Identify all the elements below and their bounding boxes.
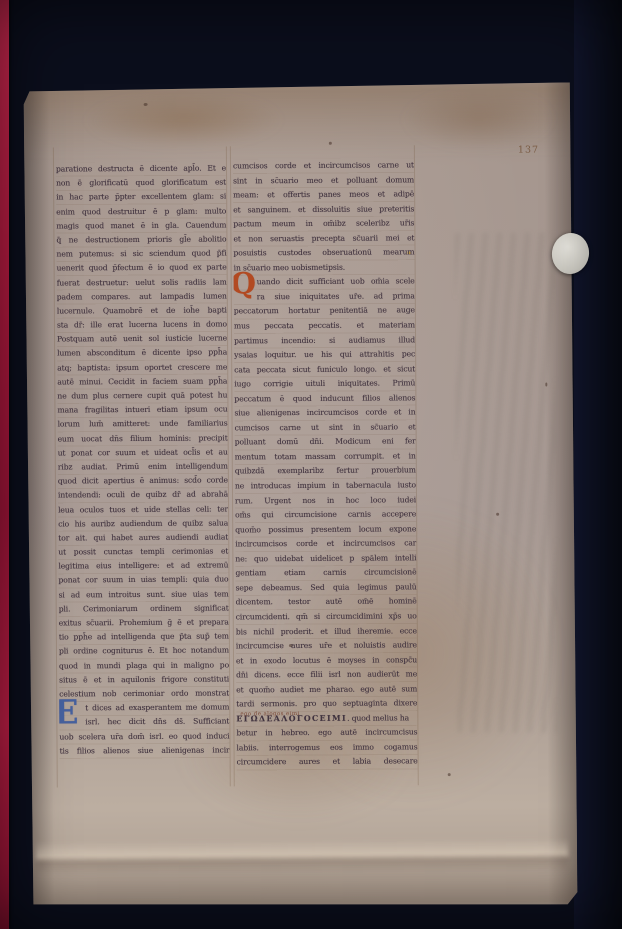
page-curl-shadow xyxy=(36,856,568,875)
text-line: intendendi: oculi de quibz dr̄ ad abrahā xyxy=(58,488,228,503)
text-line: peccatum ē quod inducunt filios alienos xyxy=(234,391,415,407)
text-line: cumcisos carne ut sint in sc̄uario et xyxy=(235,420,416,436)
stain xyxy=(28,862,577,907)
text-line: Postquam autē uenit sol iusticie lucerne xyxy=(57,332,227,347)
text-line: padem compares. aut lampadis lumen xyxy=(57,289,227,304)
text-line: dn̄i dicens. ecce filii isrl non audierū… xyxy=(236,667,417,683)
text-line: uando dicit sufficiant uob om̄ia scele xyxy=(234,275,415,291)
text-line: ut ponat cor suum et uideat ocl̄is et au xyxy=(58,445,228,460)
text-line: cio his auribz audiendum de quibz salua xyxy=(58,516,228,531)
film-edge-strip xyxy=(0,0,9,929)
text-line: uenerit quod p̄fectum ē io quod ex parte xyxy=(57,261,227,276)
text-line: q̄ ne destructionem prioris gl̄e aboliti… xyxy=(56,232,226,247)
text-line: sepe debeamus. Sed quia legimus paulū xyxy=(236,580,417,596)
text-line: ribz audiat. Primū enim intelligendum xyxy=(58,459,228,474)
speck xyxy=(496,513,499,516)
text-line: cata peccata sicut funiculo longo. et si… xyxy=(234,362,415,378)
text-line: partimus incendio: si audiamus illud xyxy=(234,333,415,349)
text-line: posuistis custodes obseruationū mearum xyxy=(233,246,414,262)
text-line: ego de alogos eimiΕΓΩΔΕΑΛΟΓΟϹΕΙΜΙ. quod … xyxy=(236,711,417,727)
text-line: in sc̄uario meo uobismetipsis. xyxy=(234,260,415,276)
text-line: betur in hebreo. ego autē incircumcisus xyxy=(236,726,417,742)
text-line: atq; baptista: ipsum oportet crescere me xyxy=(57,360,227,375)
text-line: quom̄o possimus presentem locum expone xyxy=(235,522,416,538)
text-line: non ē glorificatū quod glorificatum est xyxy=(56,176,226,191)
text-line: enim quod destruitur ē p glam: multo xyxy=(56,204,226,219)
text-line: gentiam etiam carnis circumcisionē xyxy=(235,566,416,582)
text-line: dicentem. testor autē om̄ē hominē xyxy=(236,595,417,611)
text-line: ponat cor suum in uias templi: quia duo xyxy=(58,573,228,588)
text-line: isrl. hec dicit dn̄s ds̄. Sufficiant xyxy=(59,715,229,730)
text-line: pli ordine cogniturus ē. Et hoc notandum xyxy=(59,644,229,659)
gutter-shadow xyxy=(23,86,54,908)
manuscript-page: 137 Ne E paratione destructa ē dicente a… xyxy=(23,82,577,907)
text-line: mus peccata peccatis. et materiam xyxy=(234,318,415,334)
speck xyxy=(545,382,547,386)
stain xyxy=(23,82,572,157)
text-line: celestium nob cerimoniar ordo monstrat xyxy=(59,686,229,701)
text-line: tor ait. qui habet aures audiendi audiat xyxy=(58,530,228,545)
text-line: lucernule. Quamobrē et de ioh̄e bapti xyxy=(57,303,227,318)
text-line: om̄s qui circumcisione carnis accepere xyxy=(235,507,416,523)
text-line: ne introducas impium in tabernacula iust… xyxy=(235,478,416,494)
text-line: magis quod manet ē in gla. Cauendum xyxy=(56,218,226,233)
text-line: nem putemus: si sic sciendum quod p̄fi xyxy=(56,247,226,262)
text-line: ne dum plus cernere cupit quā potest hu xyxy=(57,388,227,403)
text-line: tis filios alienos siue alienigenas inci… xyxy=(60,743,230,758)
speck xyxy=(448,773,451,776)
text-line: circumcidenti. qm̄ si circumcidimini xp̄… xyxy=(236,609,417,625)
text-line: ne: quo uidebat uidelicet p spālem intel… xyxy=(235,551,416,567)
text-line: siue alienigenas incircumcisos corde et … xyxy=(234,406,415,422)
text-line: labiis. interrogemus eos immo cogamus xyxy=(237,740,418,756)
interlinear-gloss: ego de alogos eimi xyxy=(240,708,299,722)
text-line: peccatorum hortatur penitentiā ne auge xyxy=(234,304,415,320)
text-line: sta dr̄: ille erat lucerna lucens in dom… xyxy=(57,318,227,333)
text-line: quod dicit apertius ē animus: scd̄o cord… xyxy=(58,474,228,489)
stain xyxy=(454,232,557,733)
text-line: lumen absconditum ē dicente ipso pph̄a xyxy=(57,346,227,361)
text-line: sint in sc̄uario meo et polluant domum xyxy=(233,173,414,189)
text-line: si ad eum introitus sunt. siue uias tem xyxy=(59,587,229,602)
text-line: ysaias loquitur. ue his qui attrahitis p… xyxy=(234,347,415,363)
text-line: situs ē et in aquilonis frigore constitu… xyxy=(59,672,229,687)
text-line: polluant domū dn̄i. Modicum eni fer xyxy=(235,435,416,451)
text-line: paratione destructa ē dicente apl̄o. Et … xyxy=(56,161,226,176)
text-line: et quom̄o audiet me pharao. ego autē sum xyxy=(236,682,417,698)
text-line: iugo corrigie uituli iniquitates. Primū xyxy=(234,376,415,392)
slide-mount xyxy=(574,0,622,929)
text-line: legitima eius intelligere: et ad extremū xyxy=(58,559,228,574)
text-column-left: Ne E paratione destructa ē dicente apl̄o… xyxy=(56,161,230,762)
text-line: incircumcisos corde et incircumcisos car xyxy=(235,537,416,553)
text-line: tio pph̄e ad intelligenda que p̄ta sup̄ … xyxy=(59,630,229,645)
text-line: mana fragilitas intueri etiam ipsum ocu xyxy=(57,403,227,418)
stain xyxy=(404,88,554,149)
stain xyxy=(84,92,284,148)
text-line: bis nichil proderit. et illud iheremie. … xyxy=(236,624,417,640)
text-line: meam: et offertis panes meos et adipē xyxy=(233,187,414,203)
page-curl-highlight xyxy=(36,838,568,859)
speck xyxy=(144,103,148,106)
text-line: rum. Urgent nos in hoc loco iudei xyxy=(235,493,416,509)
text-line: quod in mundi plaga qui in maligno po xyxy=(59,658,229,673)
text-line: leua oculos tuos et uide stellas celi: t… xyxy=(58,502,228,517)
text-line: pli. Cerimoniarum ordinem significat xyxy=(59,601,229,616)
folio-number: 137 xyxy=(518,145,539,156)
text-line: et non seruastis precepta sc̄uarii mei e… xyxy=(233,231,414,247)
text-line: in hac parte p̄pter excellentem glam: si xyxy=(56,190,226,205)
text-line: exitus sc̄uarii. Prohemium ḡ ē et prepar… xyxy=(59,615,229,630)
text-column-right: ·/ Q cumcisos corde et incircumcisos car… xyxy=(233,158,418,775)
text-line: ut possit cunctas templi cerimonias et xyxy=(58,545,228,560)
text-line: uob scelera ur̄a dom̄ isrl. eo quod indu… xyxy=(59,729,229,744)
text-line: lorum lum̄ amitteret: unde familiarius xyxy=(58,417,228,432)
text-line: quibzdā exemplaribz fertur prouerbium xyxy=(235,464,416,480)
text-line: eum uocat dn̄s filium hominis: precipit xyxy=(58,431,228,446)
text-line: circumcidere aures et labia desecare xyxy=(237,755,418,771)
text-line: et sanguinem. et dissoluitis siue preter… xyxy=(233,202,414,218)
page-edge-shadow xyxy=(543,82,577,904)
text-line: ra siue iniquitates ur̄e. ad prima xyxy=(234,289,415,305)
slide-photo-frame: 137 Ne E paratione destructa ē dicente a… xyxy=(0,0,622,929)
text-line: t dices ad exasperantem me domum xyxy=(59,701,229,716)
text-line: mentum totam massam corrumpit. et in xyxy=(235,449,416,465)
text-line: et in exodo locutus ē moyses in conspc̄u xyxy=(236,653,417,669)
text-line: cumcisos corde et incircumcisos carne ut xyxy=(233,158,414,174)
text-line: pactum meum in om̄ibz sceleribz ur̄is xyxy=(233,216,414,232)
text-line: autē minui. Cecidit in faciem suam pph̄a xyxy=(57,374,227,389)
text-line: fuerat destruetur: uelut solis radiis la… xyxy=(57,275,227,290)
text-line: incircumcise aures ur̄e et noluistis aud… xyxy=(236,638,417,654)
speck xyxy=(329,142,332,145)
